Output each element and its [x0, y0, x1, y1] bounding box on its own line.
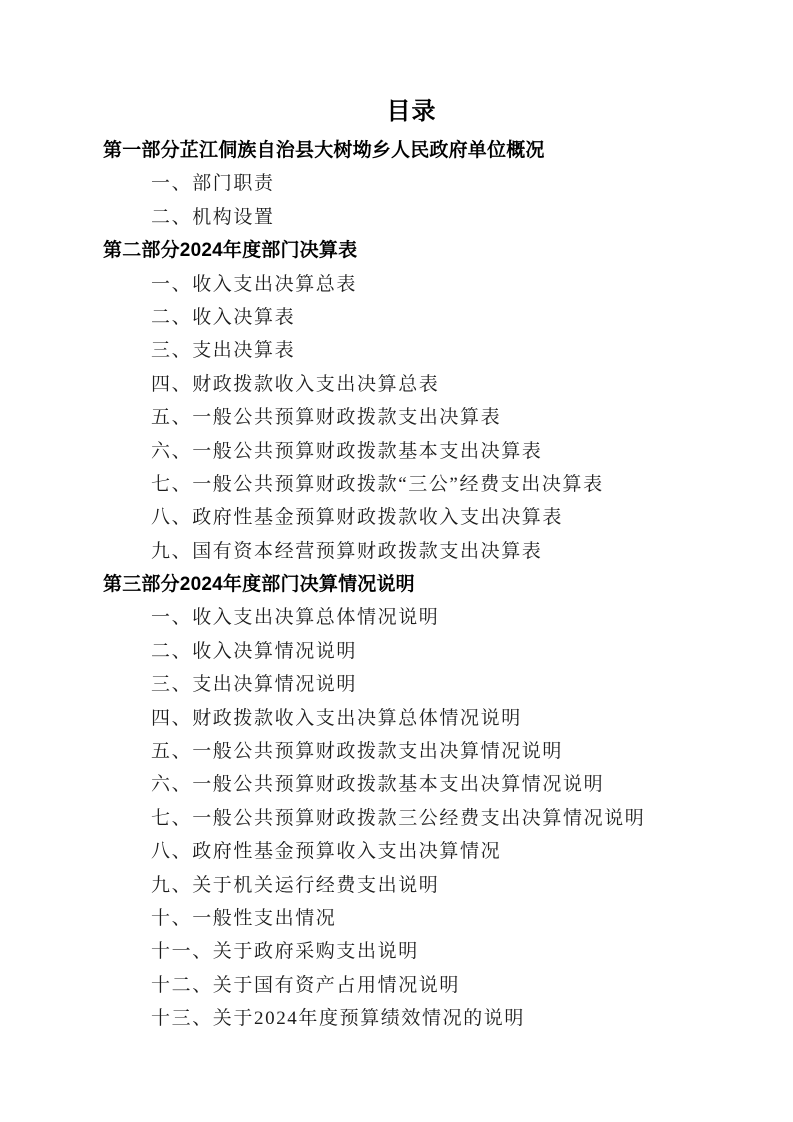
toc-entry: 一、收入支出决算总表: [0, 268, 793, 301]
toc-entry: 七、一般公共预算财政拨款“三公”经费支出决算表: [0, 468, 793, 501]
toc-entry: 八、政府性基金预算财政拨款收入支出决算表: [0, 501, 793, 534]
toc-section-heading-1: 第一部分芷江侗族自治县大树坳乡人民政府单位概况: [0, 134, 793, 167]
table-of-contents: 第一部分芷江侗族自治县大树坳乡人民政府单位概况 一、部门职责 二、机构设置 第二…: [0, 134, 793, 1036]
toc-entry: 六、一般公共预算财政拨款基本支出决算表: [0, 435, 793, 468]
toc-entry: 二、收入决算情况说明: [0, 635, 793, 668]
toc-entry: 三、支出决算情况说明: [0, 668, 793, 701]
toc-entry: 三、支出决算表: [0, 334, 793, 367]
toc-entry: 九、关于机关运行经费支出说明: [0, 869, 793, 902]
toc-entry: 十二、关于国有资产占用情况说明: [0, 969, 793, 1002]
toc-title: 目录: [0, 95, 793, 128]
toc-entry: 十一、关于政府采购支出说明: [0, 935, 793, 968]
toc-section-heading-3: 第三部分2024年度部门决算情况说明: [0, 568, 793, 601]
toc-entry: 九、国有资本经营预算财政拨款支出决算表: [0, 535, 793, 568]
toc-entry: 七、一般公共预算财政拨款三公经费支出决算情况说明: [0, 802, 793, 835]
toc-entry: 一、部门职责: [0, 167, 793, 200]
toc-section-heading-2: 第二部分2024年度部门决算表: [0, 234, 793, 267]
document-page: 目录 第一部分芷江侗族自治县大树坳乡人民政府单位概况 一、部门职责 二、机构设置…: [0, 0, 793, 1122]
toc-entry: 二、收入决算表: [0, 301, 793, 334]
toc-entry: 六、一般公共预算财政拨款基本支出决算情况说明: [0, 768, 793, 801]
toc-entry: 五、一般公共预算财政拨款支出决算表: [0, 401, 793, 434]
toc-entry: 十、一般性支出情况: [0, 902, 793, 935]
toc-entry: 四、财政拨款收入支出决算总表: [0, 368, 793, 401]
toc-entry: 四、财政拨款收入支出决算总体情况说明: [0, 702, 793, 735]
toc-entry: 十三、关于2024年度预算绩效情况的说明: [0, 1002, 793, 1035]
toc-entry: 八、政府性基金预算收入支出决算情况: [0, 835, 793, 868]
toc-entry: 二、机构设置: [0, 201, 793, 234]
toc-entry: 一、收入支出决算总体情况说明: [0, 601, 793, 634]
toc-entry: 五、一般公共预算财政拨款支出决算情况说明: [0, 735, 793, 768]
